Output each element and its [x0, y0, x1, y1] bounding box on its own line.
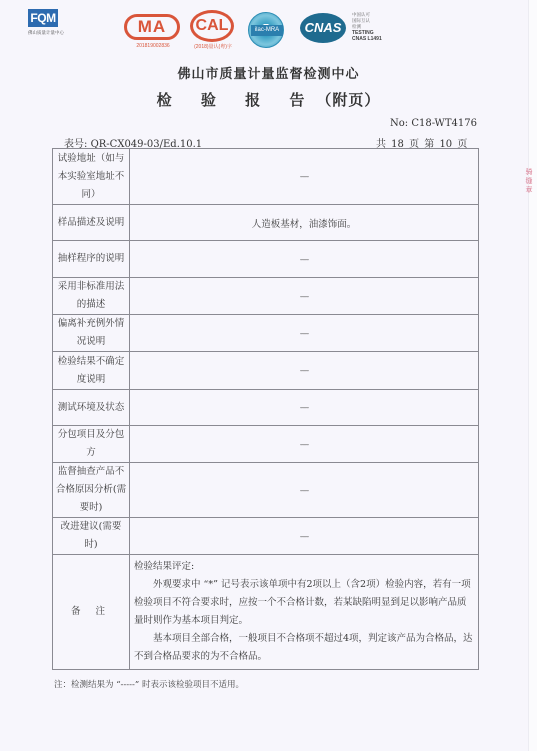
row-label: 样品描述及说明 [53, 205, 130, 241]
row-value: ------ [130, 241, 479, 278]
report-page: FQM 佛山质量计量中心 MA 201819002836 CAL (2018)量… [0, 0, 537, 751]
cma-logo: MA [124, 14, 180, 40]
cnas-logo: CNAS [300, 13, 346, 43]
table-row: 试验地址（如与本实验室地址不同） ------ [53, 149, 479, 205]
row-label: 监督抽查产品不合格原因分析(需要时) [53, 463, 130, 518]
notes-heading: 检验结果评定: [134, 558, 474, 576]
report-table: 试验地址（如与本实验室地址不同） ------ 样品描述及说明 人造板基材，油漆… [52, 148, 479, 670]
fqm-logo: FQM 佛山质量计量中心 [28, 9, 64, 36]
footnote: 注：检测结果为 “-----” 时表示该检验项目不适用。 [54, 678, 244, 690]
title-main: 检 验 报 告 [157, 91, 317, 109]
row-value: ------ [130, 518, 479, 555]
row-value: ------ [130, 315, 479, 352]
table-row: 检验结果不确定度说明 ------ [53, 352, 479, 390]
fqm-logo-mark: FQM [28, 9, 58, 27]
table-row: 抽样程序的说明 ------ [53, 241, 479, 278]
notes-label: 备 注 [53, 555, 130, 670]
table-row: 样品描述及说明 人造板基材，油漆饰面。 [53, 205, 479, 241]
fqm-logo-subtext: 佛山质量计量中心 [28, 30, 64, 36]
page-edge [528, 0, 537, 751]
row-label: 采用非标准用法的描述 [53, 278, 130, 315]
notes-content: 检验结果评定: 外观要求中 “*” 记号表示该单项中有2项以上（含2项）检验内容… [130, 555, 479, 670]
table-row: 采用非标准用法的描述 ------ [53, 278, 479, 315]
row-label: 测试环境及状态 [53, 390, 130, 426]
table-row: 偏离补充例外情况说明 ------ [53, 315, 479, 352]
row-label: 分包项目及分包方 [53, 426, 130, 463]
table-row: 测试环境及状态 ------ [53, 390, 479, 426]
row-value: 人造板基材，油漆饰面。 [130, 205, 479, 241]
cal-logo: CAL [190, 10, 234, 42]
ilac-mra-label: ilac-MRA [251, 25, 283, 36]
report-number: No: C18-WT4176 [390, 118, 477, 129]
row-value: ------ [130, 390, 479, 426]
cma-code: 201819002836 [124, 43, 182, 49]
table-row: 改进建议(需要时) ------ [53, 518, 479, 555]
row-label: 试验地址（如与本实验室地址不同） [53, 149, 130, 205]
cnas-caption: 中国认可 国际互认 检测 TESTING CNAS L1491 [352, 12, 382, 42]
title-suffix: （附页） [316, 91, 380, 109]
seam-stamp-mark: 骑缝章 [524, 168, 534, 195]
table-row: 分包项目及分包方 ------ [53, 426, 479, 463]
row-label: 检验结果不确定度说明 [53, 352, 130, 390]
row-label: 改进建议(需要时) [53, 518, 130, 555]
table-row: 监督抽查产品不合格原因分析(需要时) ------ [53, 463, 479, 518]
row-value: ------ [130, 278, 479, 315]
notes-paragraph-2: 基本项目全部合格，一般项目不合格项不超过4项，判定该产品为合格品，达不到合格品要… [134, 630, 474, 666]
row-value: ------ [130, 463, 479, 518]
notes-row: 备 注 检验结果评定: 外观要求中 “*” 记号表示该单项中有2项以上（含2项）… [53, 555, 479, 670]
row-value: ------ [130, 149, 479, 205]
report-title: 检 验 报 告（附页） [0, 89, 537, 110]
notes-paragraph-1: 外观要求中 “*” 记号表示该单项中有2项以上（含2项）检验内容，若有一项检验项… [134, 576, 474, 630]
row-label: 抽样程序的说明 [53, 241, 130, 278]
ilac-mra-logo: ilac-MRA [248, 12, 284, 48]
organization-name: 佛山市质量计量监督检测中心 [0, 63, 537, 82]
row-value: ------ [130, 352, 479, 390]
row-label: 偏离补充例外情况说明 [53, 315, 130, 352]
cal-code: (2018)量认(粤)字 [188, 43, 238, 50]
row-value: ------ [130, 426, 479, 463]
